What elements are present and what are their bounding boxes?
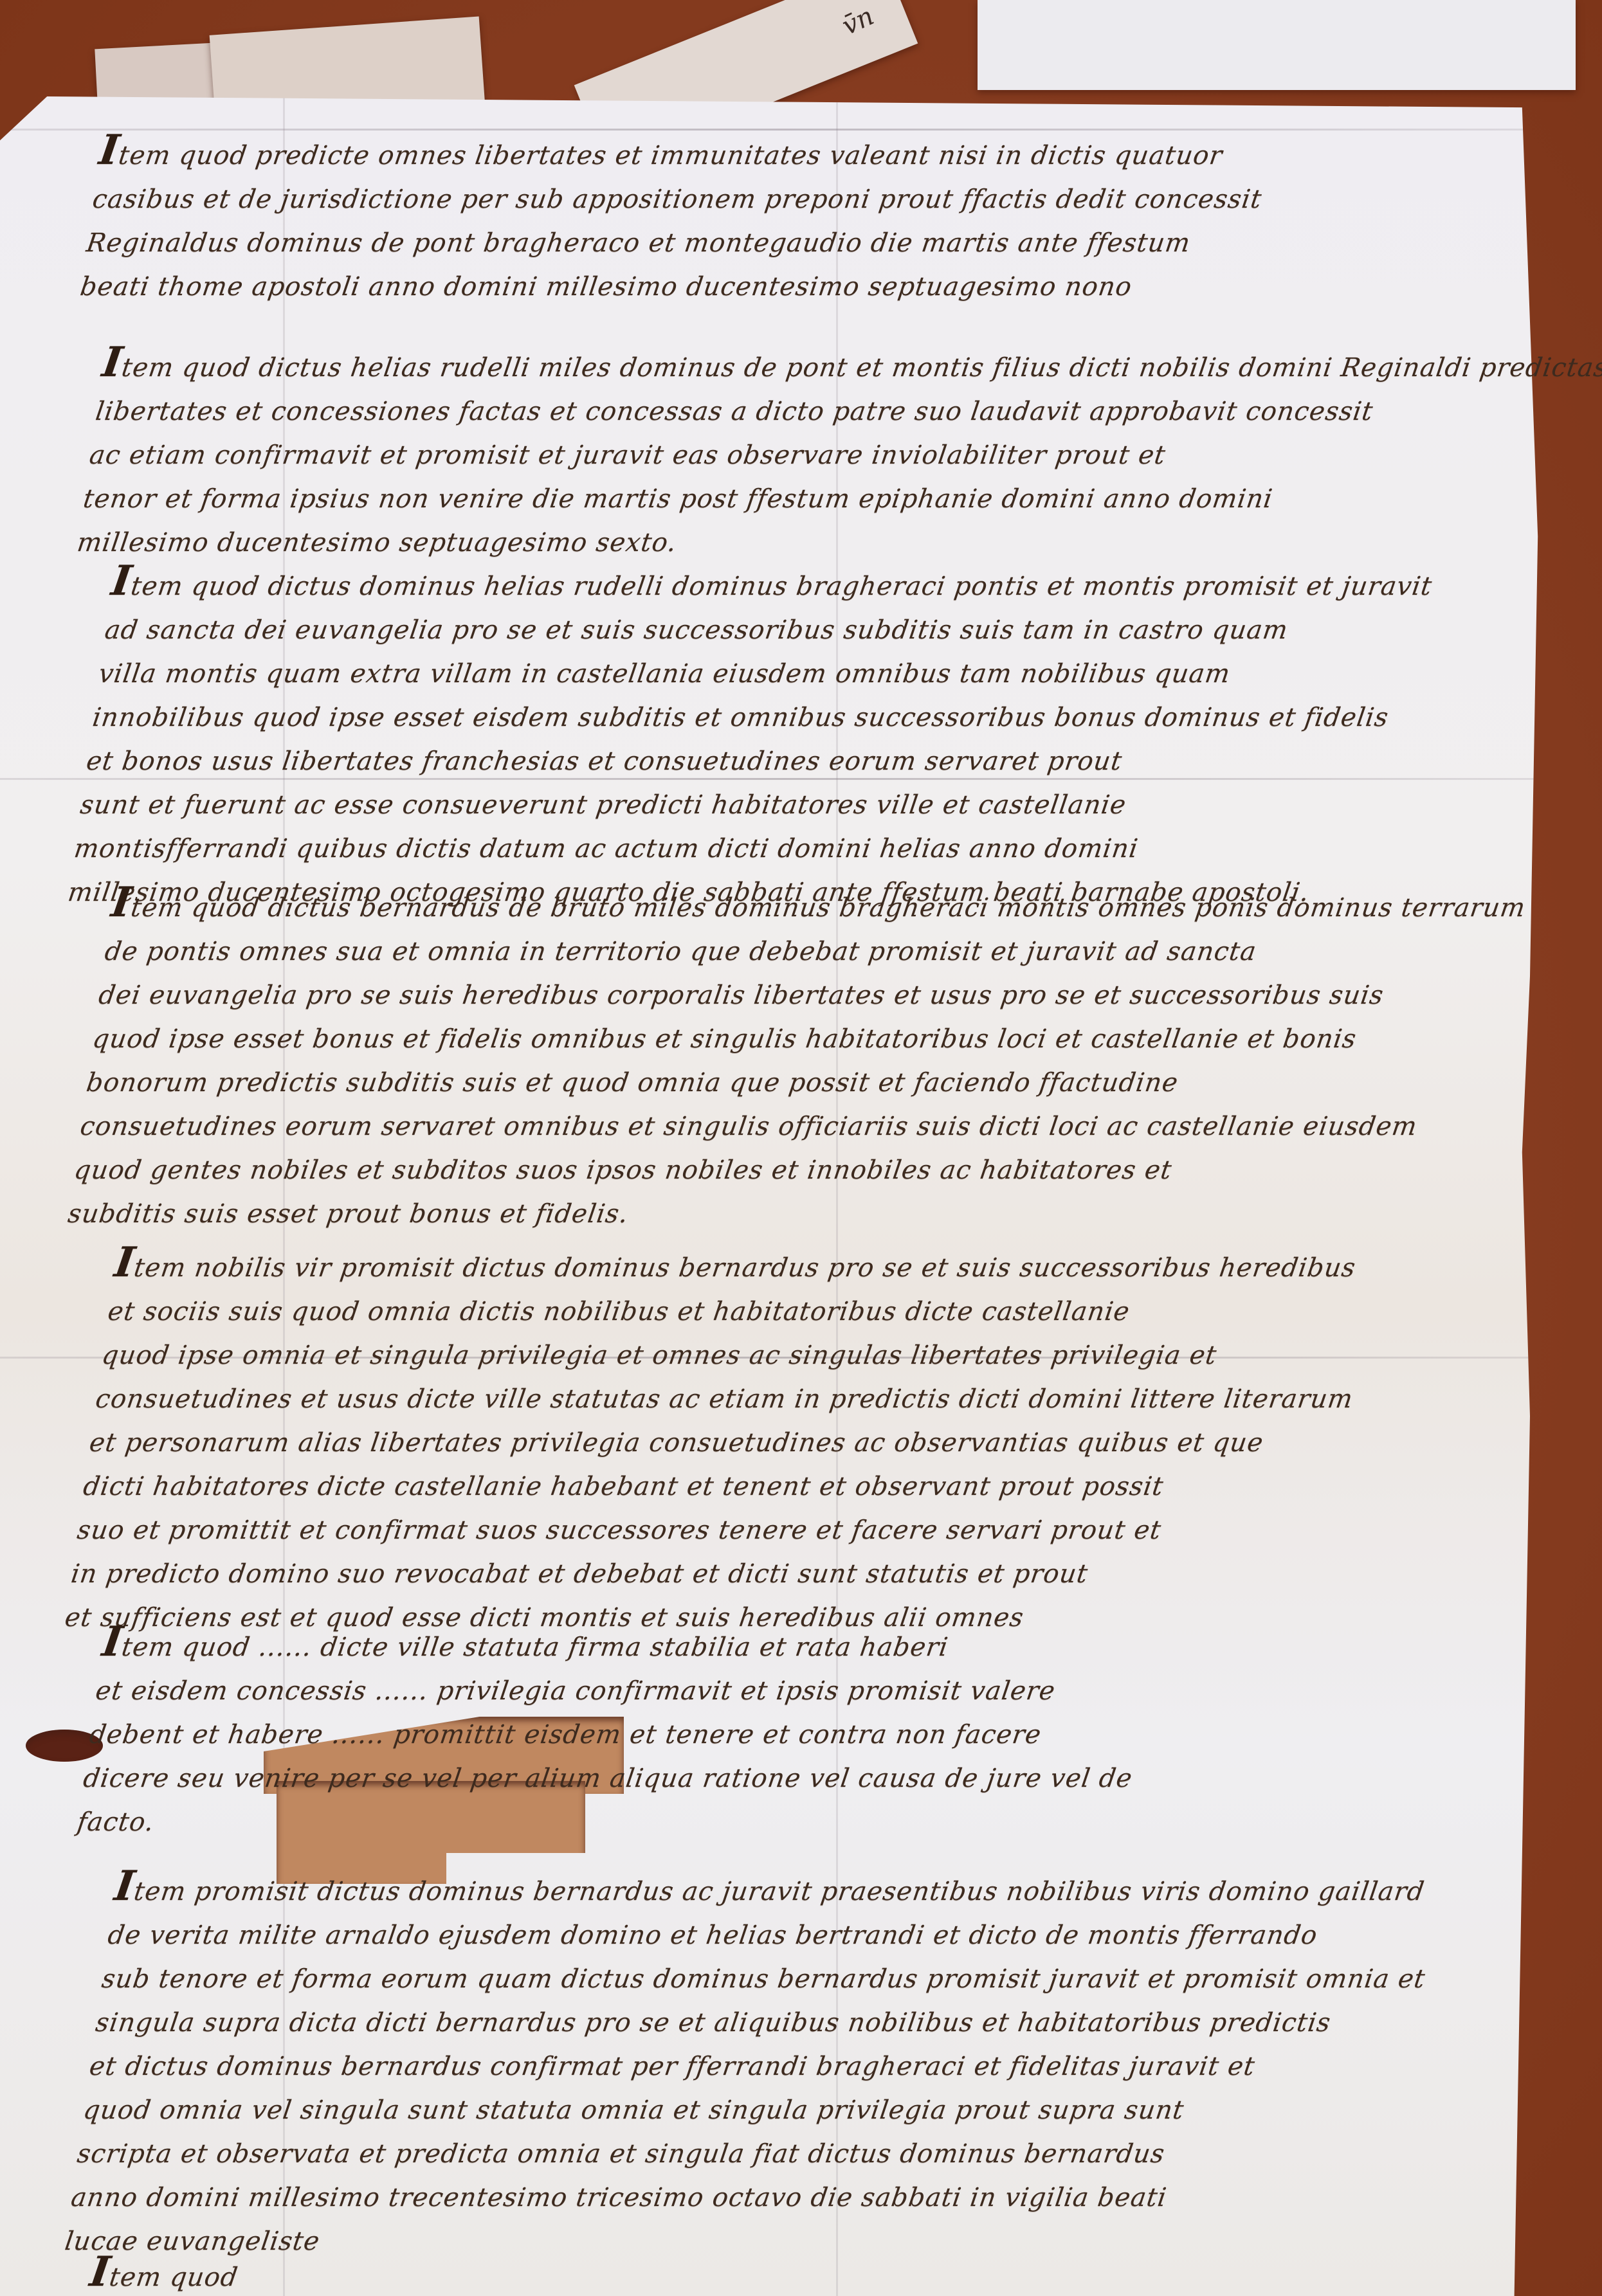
text-line: tenor et forma ipsius non venire die mar… [80, 477, 1489, 521]
text-line: dicere seu venire per se vel per alium a… [80, 1757, 1489, 1800]
text-line: quod omnia vel singula sunt statuta omni… [80, 2088, 1489, 2132]
text-line: ad sancta dei euvangelia pro se et suis … [102, 608, 1511, 652]
text-line: consuetudines eorum servaret omnibus et … [77, 1105, 1486, 1148]
text-line: beati thome apostoli anno domini millesi… [77, 265, 1486, 309]
torn-paper-fragment [978, 0, 1576, 90]
text-line: de pontis omnes sua et omnia in territor… [102, 930, 1511, 973]
text-line: tem quod predicte omnes libertates et im… [116, 141, 1224, 170]
text-line: quod gentes nobiles et subditos suos ips… [71, 1148, 1480, 1192]
text-line: quod ipse omnia et singula privilegia et… [99, 1333, 1507, 1377]
text-line: debent et habere ...... promittit eisdem… [87, 1713, 1495, 1757]
text-line: singula supra dicta dicti bernardus pro … [93, 2001, 1501, 2045]
text-line: millesimo ducentesimo septuagesimo sexto… [75, 521, 1483, 565]
text-line: facto. [75, 1800, 1483, 1844]
text-line: suo et promittit et confirmat suos succe… [75, 1508, 1483, 1552]
text-line: de verita milite arnaldo ejusdem domino … [105, 1913, 1513, 1957]
text-line: et bonos usus libertates franchesias et … [84, 739, 1492, 783]
text-line: dei euvangelia pro se suis heredibus cor… [96, 973, 1504, 1017]
text-line: et dictus dominus bernardus confirmat pe… [87, 2045, 1495, 2088]
text-line: anno domini millesimo trecentesimo trice… [68, 2176, 1477, 2219]
text-line: sunt et fuerunt ac esse consueverunt pre… [77, 783, 1486, 827]
text-line: ac etiam confirmavit et promisit et jura… [87, 433, 1495, 477]
text-line: bonorum predictis subditis suis et quod … [84, 1061, 1492, 1105]
text-line: subditis suis esset prout bonus et fidel… [65, 1192, 1473, 1236]
paragraph-3: Item quod dictus dominus helias rudelli … [65, 559, 1517, 914]
text-line: et sociis suis quod omnia dictis nobilib… [105, 1290, 1513, 1333]
text-line: casibus et de jurisdictione per sub appo… [89, 177, 1498, 221]
text-line: Reginaldus dominus de pont bragheraco et… [84, 221, 1492, 265]
paragraph-6: Item quod ...... dicte ville statuta fir… [75, 1620, 1508, 1844]
text-line: tem quod dictus bernardus de bruto miles… [129, 893, 1528, 923]
text-line: et personarum alias libertates privilegi… [87, 1421, 1495, 1465]
text-line: et eisdem concessis ...... privilegia co… [93, 1669, 1501, 1713]
text-line: tem quod dictus helias rudelli miles dom… [120, 353, 1602, 383]
text-line: tem quod dictus dominus helias rudelli d… [129, 572, 1434, 601]
paragraph-4: Item quod dictus bernardus de bruto mile… [65, 881, 1517, 1236]
text-line: sub tenore et forma eorum quam dictus do… [99, 1957, 1507, 2001]
text-line: in predicto domino suo revocabat et debe… [68, 1552, 1477, 1596]
text-line: tem promisit dictus dominus bernardus ac… [132, 1877, 1426, 1906]
text-line: tem quod [107, 2263, 240, 2292]
text-line: dicti habitatores dicte castellanie habe… [80, 1465, 1489, 1508]
paragraph-5: Item nobilis vir promisit dictus dominus… [62, 1241, 1520, 1640]
text-line: montisfferrandi quibus dictis datum ac a… [71, 827, 1480, 871]
text-line: innobilibus quod ipse esset eisdem subdi… [89, 696, 1498, 739]
text-line: tem nobilis vir promisit dictus dominus … [132, 1253, 1358, 1283]
paragraph-1: Item quod predicte omnes libertates et i… [77, 129, 1504, 309]
text-line: libertates et concessiones factas et con… [93, 390, 1501, 433]
text-line: tem quod ...... dicte ville statuta firm… [120, 1632, 950, 1662]
text-line: quod ipse esset bonus et fidelis omnibus… [89, 1017, 1498, 1061]
paragraph-7: Item promisit dictus dominus bernardus a… [62, 1865, 1520, 2263]
text-line: consuetudines et usus dicte ville statut… [93, 1377, 1501, 1421]
paragraph-8: Item quod [87, 2250, 1496, 2296]
text-line: villa montis quam extra villam in castel… [96, 652, 1504, 696]
text-line: scripta et observata et predicta omnia e… [75, 2132, 1483, 2176]
paragraph-2: Item quod dictus helias rudelli miles do… [75, 341, 1508, 565]
